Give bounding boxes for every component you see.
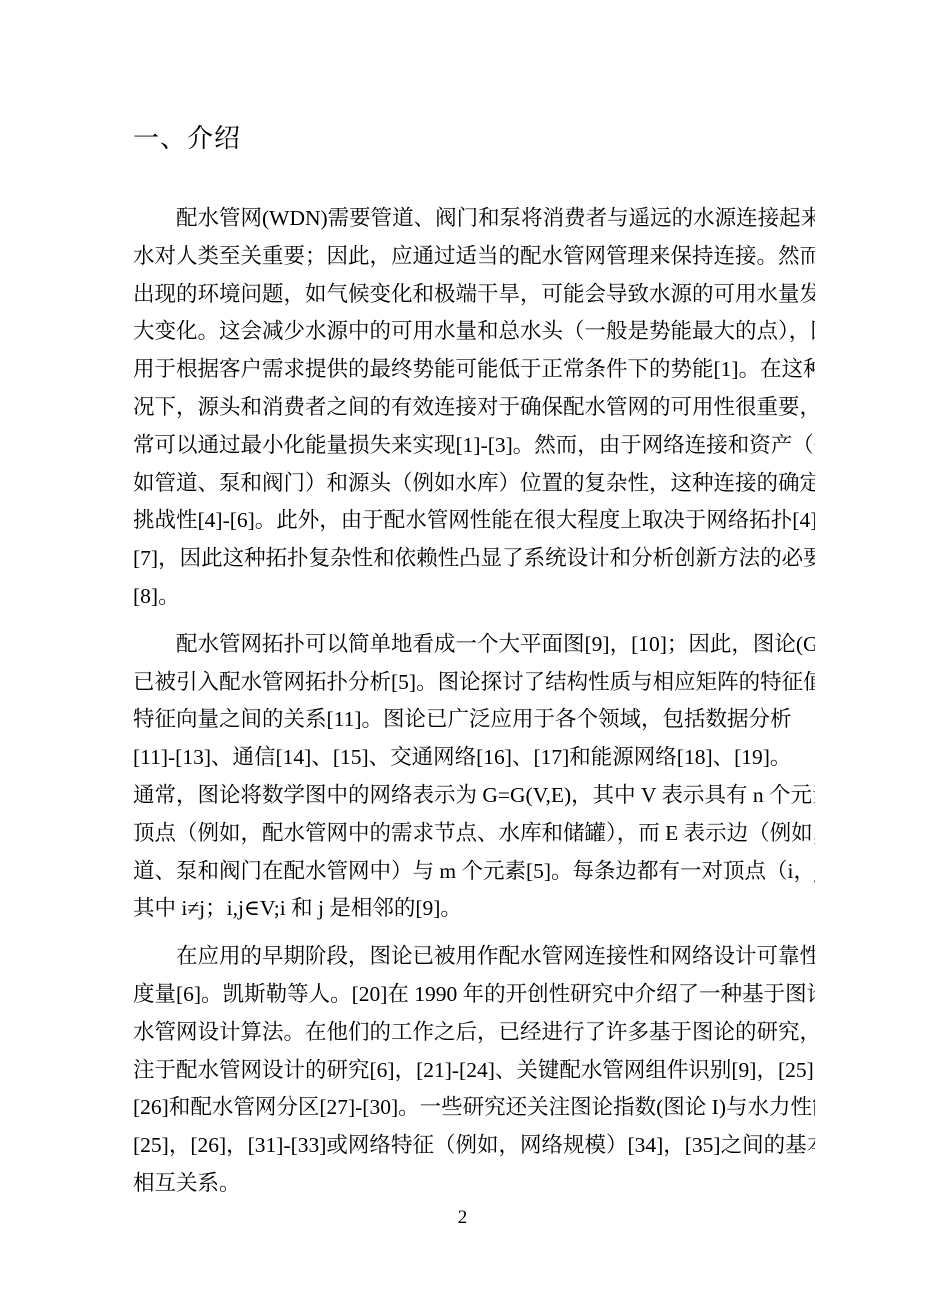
document-content: 一、介绍 配水管网(WDN)需要管道、阀门和泵将消费者与遥远的水源连接起来。淡 … [133, 122, 815, 1213]
paragraph: 在应用的早期阶段，图论已被用作配水管网连接性和网络设计可靠性的替代 度量[6]。… [133, 938, 815, 1203]
text-line: 已被引入配水管网拓扑分析[5]。图论探讨了结构性质与相应矩阵的特征值和 [133, 664, 815, 702]
text-line: [8]。 [133, 578, 815, 616]
text-line: 注于配水管网设计的研究[6]，[21]-[24]、关键配水管网组件识别[9]，[… [133, 1052, 815, 1090]
text-line: 挑战性[4]-[6]。此外，由于配水管网性能在很大程度上取决于网络拓扑[4]， [133, 502, 815, 540]
text-line: 特征向量之间的关系[11]。图论已广泛应用于各个领域，包括数据分析 [133, 701, 815, 739]
text-line: 度量[6]。凯斯勒等人。[20]在 1990 年的开创性研究中介绍了一种基于图论… [133, 976, 815, 1014]
text-line: 况下，源头和消费者之间的有效连接对于确保配水管网的可用性很重要，这通 [133, 389, 815, 427]
paragraph: 配水管网(WDN)需要管道、阀门和泵将消费者与遥远的水源连接起来。淡 水对人类至… [133, 200, 815, 616]
text-line: 常可以通过最小化能量损失来实现[1]-[3]。然而，由于网络连接和资产（例 [133, 427, 815, 465]
document-page: 一、介绍 配水管网(WDN)需要管道、阀门和泵将消费者与遥远的水源连接起来。淡 … [0, 0, 925, 1309]
text-line: 顶点（例如，配水管网中的需求节点、水库和储罐），而 E 表示边（例如，管 [133, 815, 815, 853]
paragraph: 配水管网拓扑可以简单地看成一个大平面图[9]，[10]；因此，图论(GT) 已被… [133, 626, 815, 928]
text-line: 道、泵和阀门在配水管网中）与 m 个元素[5]。每条边都有一对顶点（i，j）， [133, 853, 815, 891]
text-line: 用于根据客户需求提供的最终势能可能低于正常条件下的势能[1]。在这种情 [133, 351, 815, 389]
text-line: 水管网设计算法。在他们的工作之后，已经进行了许多基于图论的研究，包括专 [133, 1014, 815, 1052]
text-line: [25]，[26]，[31]-[33]或网络特征（例如，网络规模）[34]，[3… [133, 1127, 815, 1165]
text-line: 配水管网拓扑可以简单地看成一个大平面图[9]，[10]；因此，图论(GT) [133, 626, 815, 664]
text-line: 相互关系。 [133, 1165, 815, 1203]
text-line: 如管道、泵和阀门）和源头（例如水库）位置的复杂性，这种连接的确定具有 [133, 465, 815, 503]
text-line: 其中 i≠j；i,j∈V;i 和 j 是相邻的[9]。 [133, 890, 815, 928]
page-number: 2 [0, 1205, 925, 1231]
text-line: [26]和配水管网分区[27]-[30]。一些研究还关注图论指数(图论 I)与水… [133, 1089, 815, 1127]
text-line: [11]-[13]、通信[14]、[15]、交通网络[16]、[17]和能源网络… [133, 739, 815, 777]
text-line: 通常，图论将数学图中的网络表示为 G=G(V,E)，其中 V 表示具有 n 个元… [133, 777, 815, 815]
text-line: 大变化。这会减少水源中的可用水量和总水头（一般是势能最大的点），因此 [133, 313, 815, 351]
text-line: 配水管网(WDN)需要管道、阀门和泵将消费者与遥远的水源连接起来。淡 [133, 200, 815, 238]
section-heading: 一、介绍 [133, 122, 815, 156]
text-line: 在应用的早期阶段，图论已被用作配水管网连接性和网络设计可靠性的替代 [133, 938, 815, 976]
text-line: 水对人类至关重要；因此，应通过适当的配水管网管理来保持连接。然而，新 [133, 238, 815, 276]
text-line: [7]，因此这种拓扑复杂性和依赖性凸显了系统设计和分析创新方法的必要性 [133, 540, 815, 578]
text-line: 出现的环境问题，如气候变化和极端干旱，可能会导致水源的可用水量发生重 [133, 276, 815, 314]
